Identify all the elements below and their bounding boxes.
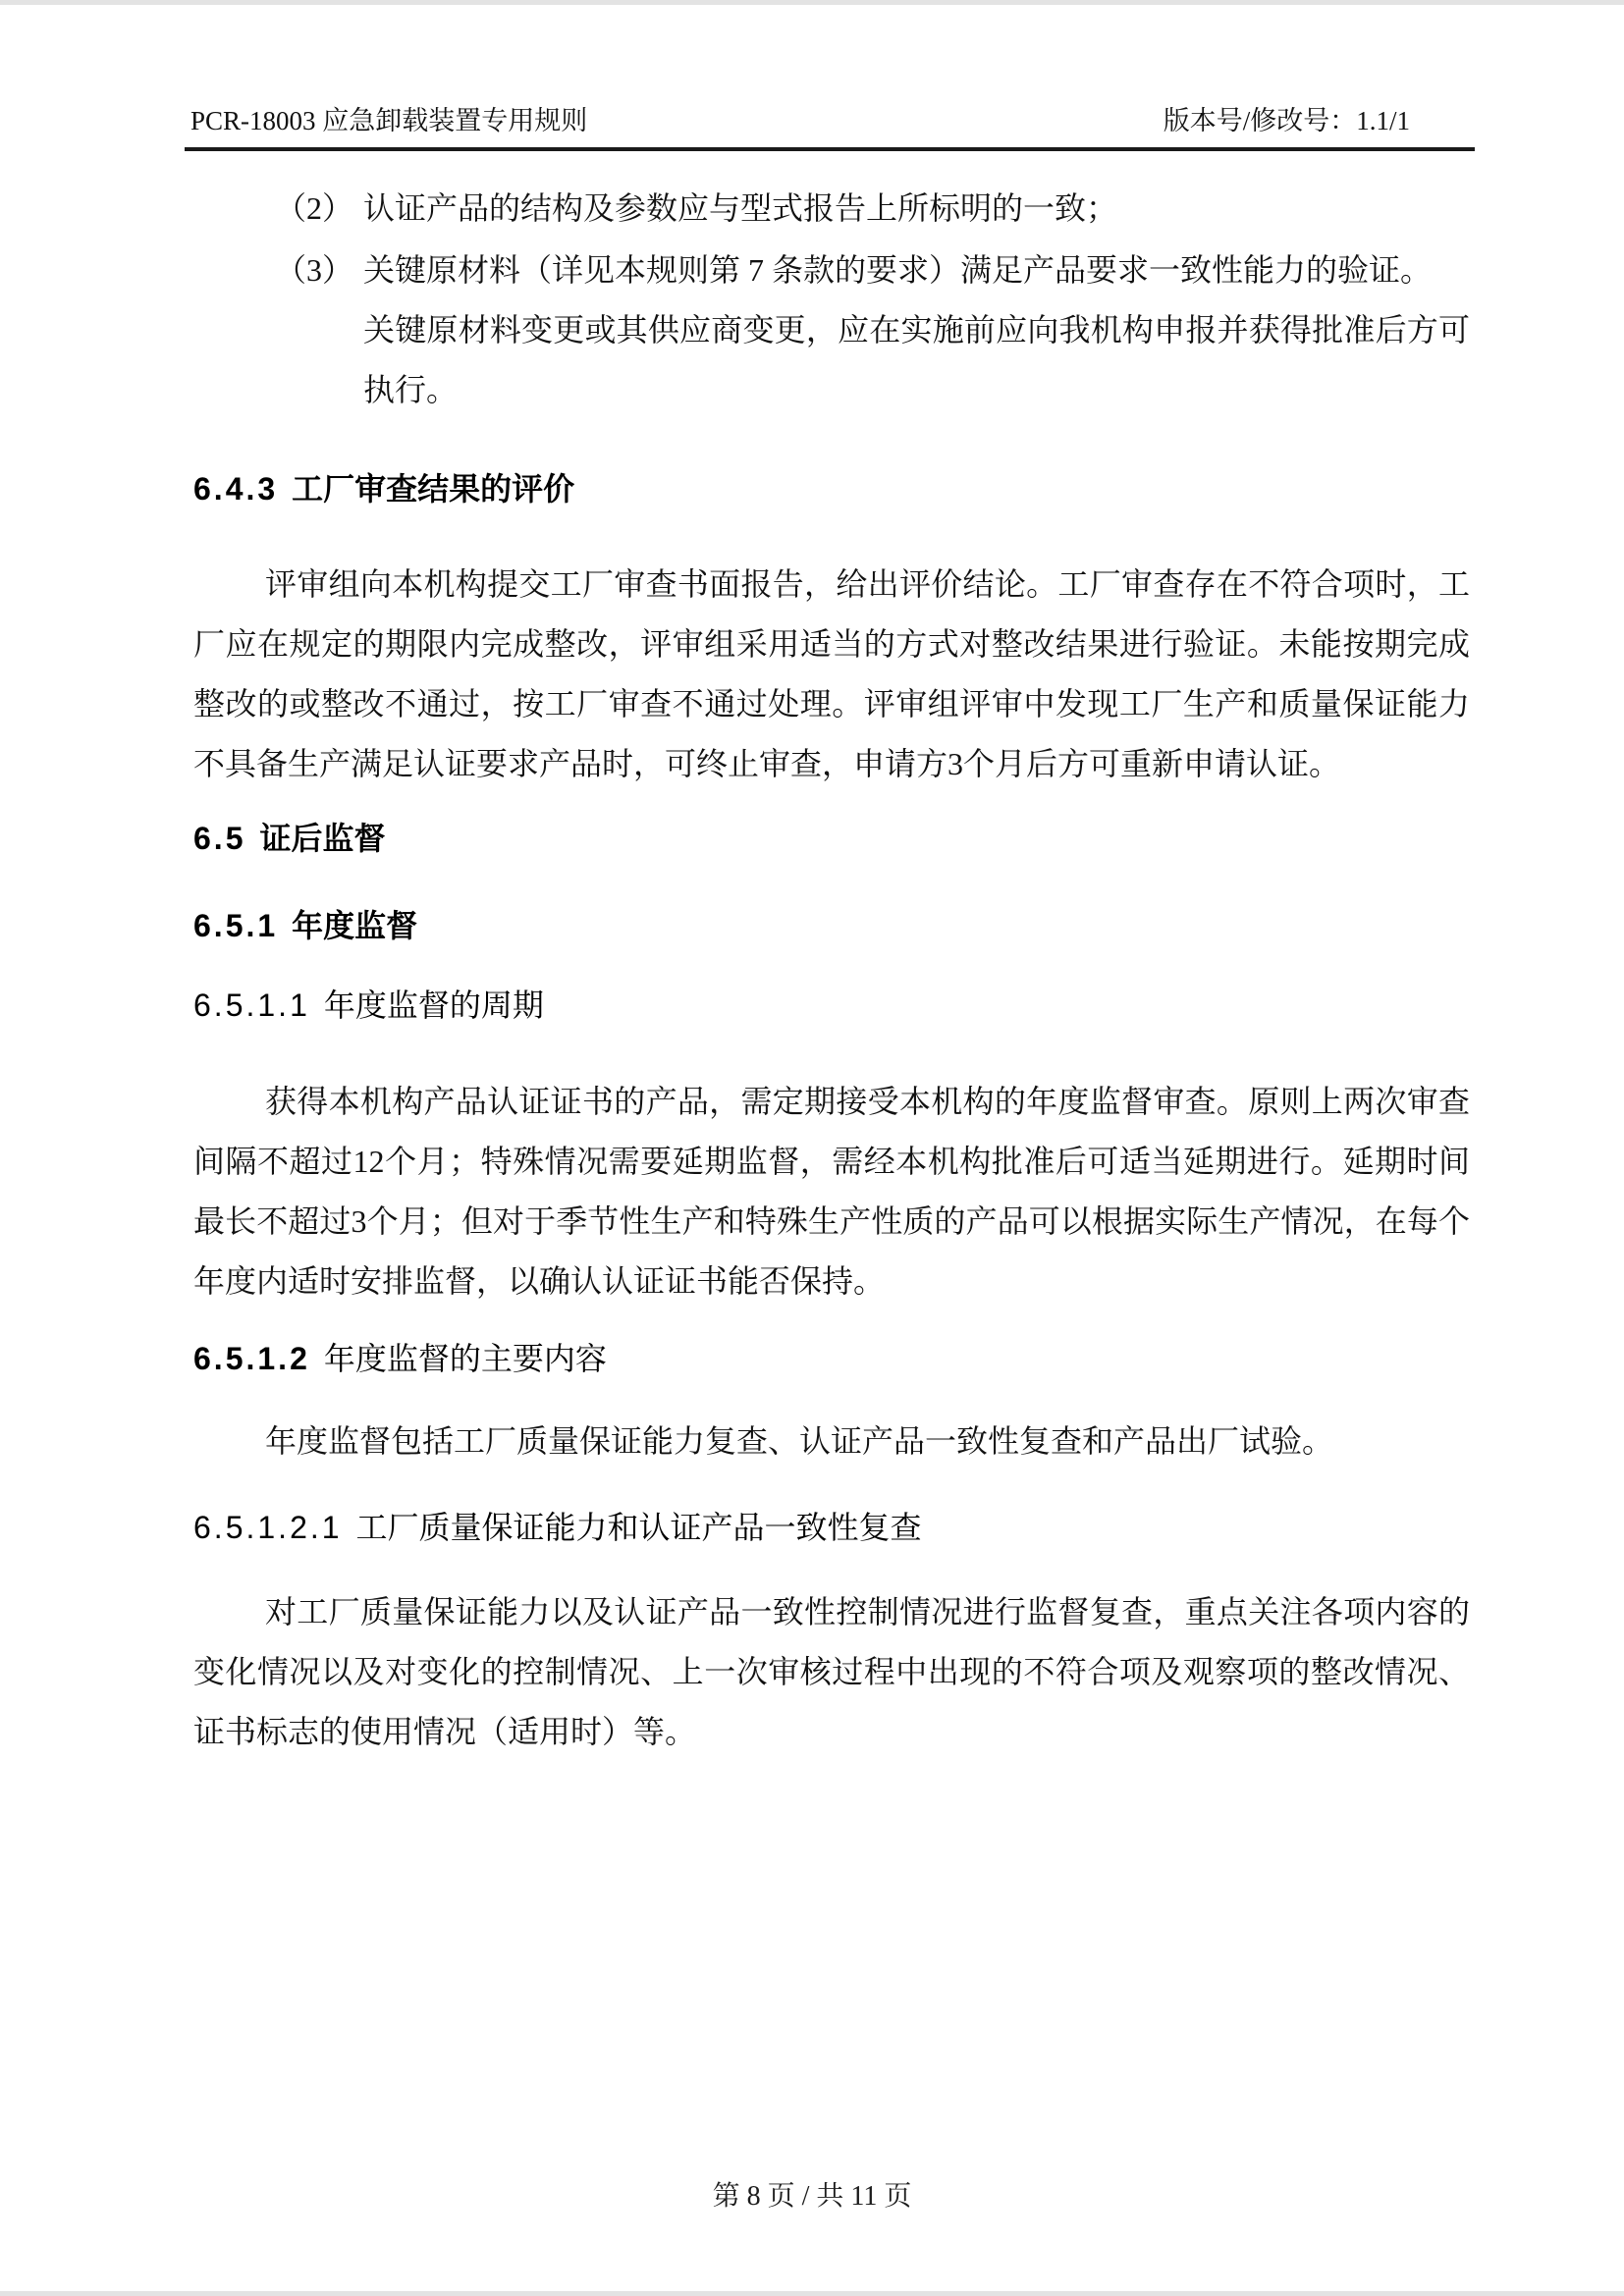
heading-6-5-1-number: 6.5.1 <box>193 908 278 943</box>
paragraph-6-5-1-1: 获得本机构产品认证证书的产品，需定期接受本机构的年度监督审查。原则上两次审查间隔… <box>193 1072 1470 1311</box>
list-item-3-text-1: 关键原材料（详见本规则第 7 条款的要求）满足产品要求一致性能力的验证。 <box>363 240 1470 300</box>
document-page: PCR-18003 应急卸载装置专用规则 版本号/修改号：1.1/1 （2） 认… <box>0 0 1624 2296</box>
heading-6-5-1-2-1: 6.5.1.2.1工厂质量保证能力和认证产品一致性复查 <box>193 1504 1470 1551</box>
list-item-2: （2） 认证产品的结构及参数应与型式报告上所标明的一致； <box>193 179 1470 239</box>
paragraph-6-5-1-2: 年度监督包括工厂质量保证能力复查、认证产品一致性复查和产品出厂试验。 <box>193 1412 1470 1471</box>
heading-6-4-3-number: 6.4.3 <box>193 471 278 507</box>
list-item-3-marker: （3） <box>275 240 353 300</box>
heading-6-5-1-2-1-number: 6.5.1.2.1 <box>193 1510 343 1545</box>
heading-6-5-1-1-title: 年度监督的周期 <box>324 988 544 1023</box>
scan-edge-bottom <box>0 2291 1624 2296</box>
version-number: 版本号/修改号：1.1/1 <box>1164 104 1410 137</box>
list-item-3: （3） 关键原材料（详见本规则第 7 条款的要求）满足产品要求一致性能力的验证。… <box>193 240 1470 420</box>
document-title: PCR-18003 应急卸载装置专用规则 <box>190 104 587 137</box>
heading-6-5-1-title: 年度监督 <box>292 908 417 943</box>
paragraph-6-4-3: 评审组向本机构提交工厂审查书面报告，给出评价结论。工厂审查存在不符合项时，工厂应… <box>193 555 1470 794</box>
heading-6-5-1-2-1-title: 工厂质量保证能力和认证产品一致性复查 <box>356 1510 922 1545</box>
list-item-3-text-2: 关键原材料变更或其供应商变更，应在实施前应向我机构申报并获得批准后方可执行。 <box>363 300 1470 420</box>
page-header: PCR-18003 应急卸载装置专用规则 版本号/修改号：1.1/1 <box>185 0 1475 151</box>
heading-6-5-1-2-title: 年度监督的主要内容 <box>324 1341 607 1376</box>
list-item-2-text: 认证产品的结构及参数应与型式报告上所标明的一致； <box>363 179 1470 239</box>
document-body: （2） 认证产品的结构及参数应与型式报告上所标明的一致； （3） 关键原材料（详… <box>193 165 1470 1762</box>
heading-6-5: 6.5证后监督 <box>193 815 1470 862</box>
heading-6-4-3: 6.4.3工厂审查结果的评价 <box>193 465 1470 512</box>
page-footer: 第 8 页 / 共 11 页 <box>0 2177 1624 2216</box>
heading-6-5-1-2: 6.5.1.2年度监督的主要内容 <box>193 1335 1470 1382</box>
list-item-2-marker: （2） <box>275 179 353 239</box>
heading-6-5-1-1: 6.5.1.1年度监督的周期 <box>193 982 1470 1029</box>
page-number: 第 8 页 / 共 11 页 <box>713 2181 912 2212</box>
heading-6-5-1-1-number: 6.5.1.1 <box>193 988 310 1023</box>
heading-6-4-3-title: 工厂审查结果的评价 <box>292 471 574 507</box>
heading-6-5-number: 6.5 <box>193 821 245 856</box>
heading-6-5-title: 证后监督 <box>259 821 385 856</box>
heading-6-5-1: 6.5.1年度监督 <box>193 902 1470 949</box>
heading-6-5-1-2-number: 6.5.1.2 <box>193 1341 310 1376</box>
paragraph-6-5-1-2-1: 对工厂质量保证能力以及认证产品一致性控制情况进行监督复查，重点关注各项内容的变化… <box>193 1582 1470 1762</box>
